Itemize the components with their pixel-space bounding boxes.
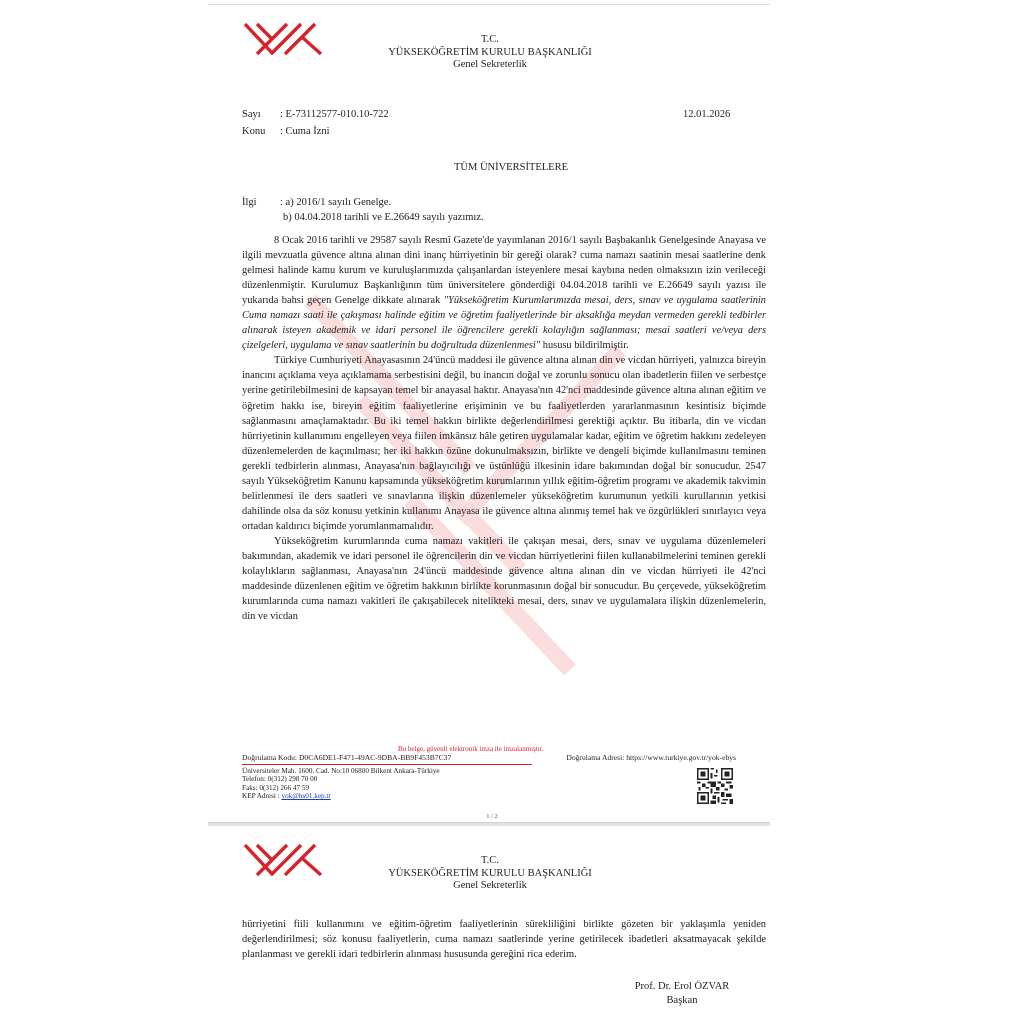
contact-info: Üniversiteler Mah. 1600. Cad. No:10 0680… <box>242 767 440 801</box>
verification-address: Doğrulama Adresi: https://www.turkiye.go… <box>566 753 736 762</box>
verification-code: Doğrulama Kodu: D0CA6DE1-F471-49AC-9DBA-… <box>242 753 451 762</box>
letterhead-line-tc: T.C. <box>330 34 650 47</box>
signature-block: Prof. Dr. Erol ÖZVAR Başkan <box>612 980 752 1008</box>
ilgi-block: İlgi: a) 2016/1 sayılı Genelge. b) 04.04… <box>242 195 484 225</box>
letterhead-institution: YÜKSEKÖĞRETİM KURULU BAŞKANLIĞI <box>330 47 650 60</box>
kep-label: KEP Adresi : <box>242 792 281 800</box>
verification-row: Doğrulama Kodu: D0CA6DE1-F471-49AC-9DBA-… <box>242 753 736 762</box>
konu-value: : Cuma İzni <box>280 126 330 137</box>
letterhead-line-tc: T.C. <box>330 855 650 868</box>
phone: Telefon: 0(312) 298 70 00 <box>242 775 440 783</box>
letterhead: T.C. YÜKSEKÖĞRETİM KURULU BAŞKANLIĞI Gen… <box>330 34 650 72</box>
page-top-edge <box>208 4 770 5</box>
sayi-label: Sayı <box>242 109 280 120</box>
address: Üniversiteler Mah. 1600. Cad. No:10 0680… <box>242 767 440 775</box>
page-separator <box>208 822 770 826</box>
document-date: 12.01.2026 <box>683 109 730 120</box>
konu-label: Konu <box>242 126 280 137</box>
letterhead-department: Genel Sekreterlik <box>330 59 650 72</box>
letter-body-page2: hürriyetini fiili kullanımını ve eğitim-… <box>242 917 766 962</box>
letter-body-page1: 8 Ocak 2016 tarihli ve 29587 sayılı Resm… <box>242 233 766 624</box>
konu-row: Konu: Cuma İzni <box>242 126 330 137</box>
kep-link[interactable]: yok@hs01.kep.tr <box>281 792 330 800</box>
e-signature-notice: Bu belge, güvenli elektronik imza ile im… <box>398 745 543 753</box>
signatory-title: Başkan <box>612 994 752 1008</box>
signatory-name: Prof. Dr. Erol ÖZVAR <box>612 980 752 994</box>
page-number: 1 / 2 <box>480 813 504 820</box>
paragraph-3: Yükseköğretim kurumlarında cuma namazı v… <box>242 534 766 624</box>
letterhead-page2: T.C. YÜKSEKÖĞRETİM KURULU BAŞKANLIĞI Gen… <box>330 855 650 893</box>
addressee: TÜM ÜNİVERSİTELERE <box>242 162 780 173</box>
paragraph-1: 8 Ocak 2016 tarihli ve 29587 sayılı Resm… <box>242 233 766 353</box>
sayi-row: Sayı: E-73112577-010.10-722 <box>242 109 389 120</box>
paragraph-2: Türkiye Cumhuriyeti Anayasasının 24'üncü… <box>242 353 766 534</box>
ilgi-item-b: b) 04.04.2018 tarihli ve E.26649 sayılı … <box>242 210 484 225</box>
qr-code-icon <box>697 768 733 804</box>
fax: Faks: 0(312) 266 47 59 <box>242 784 440 792</box>
sayi-value: : E-73112577-010.10-722 <box>280 109 389 120</box>
letterhead-department: Genel Sekreterlik <box>330 880 650 893</box>
footer-divider <box>242 764 532 765</box>
letterhead-institution: YÜKSEKÖĞRETİM KURULU BAŞKANLIĞI <box>330 868 650 881</box>
paragraph-3-continued: hürriyetini fiili kullanımını ve eğitim-… <box>242 917 766 962</box>
ilgi-item-a: : a) 2016/1 sayılı Genelge. <box>280 197 391 208</box>
ilgi-label: İlgi <box>242 195 280 210</box>
yok-logo-icon-page2 <box>243 841 335 879</box>
yok-logo-icon <box>243 20 335 58</box>
